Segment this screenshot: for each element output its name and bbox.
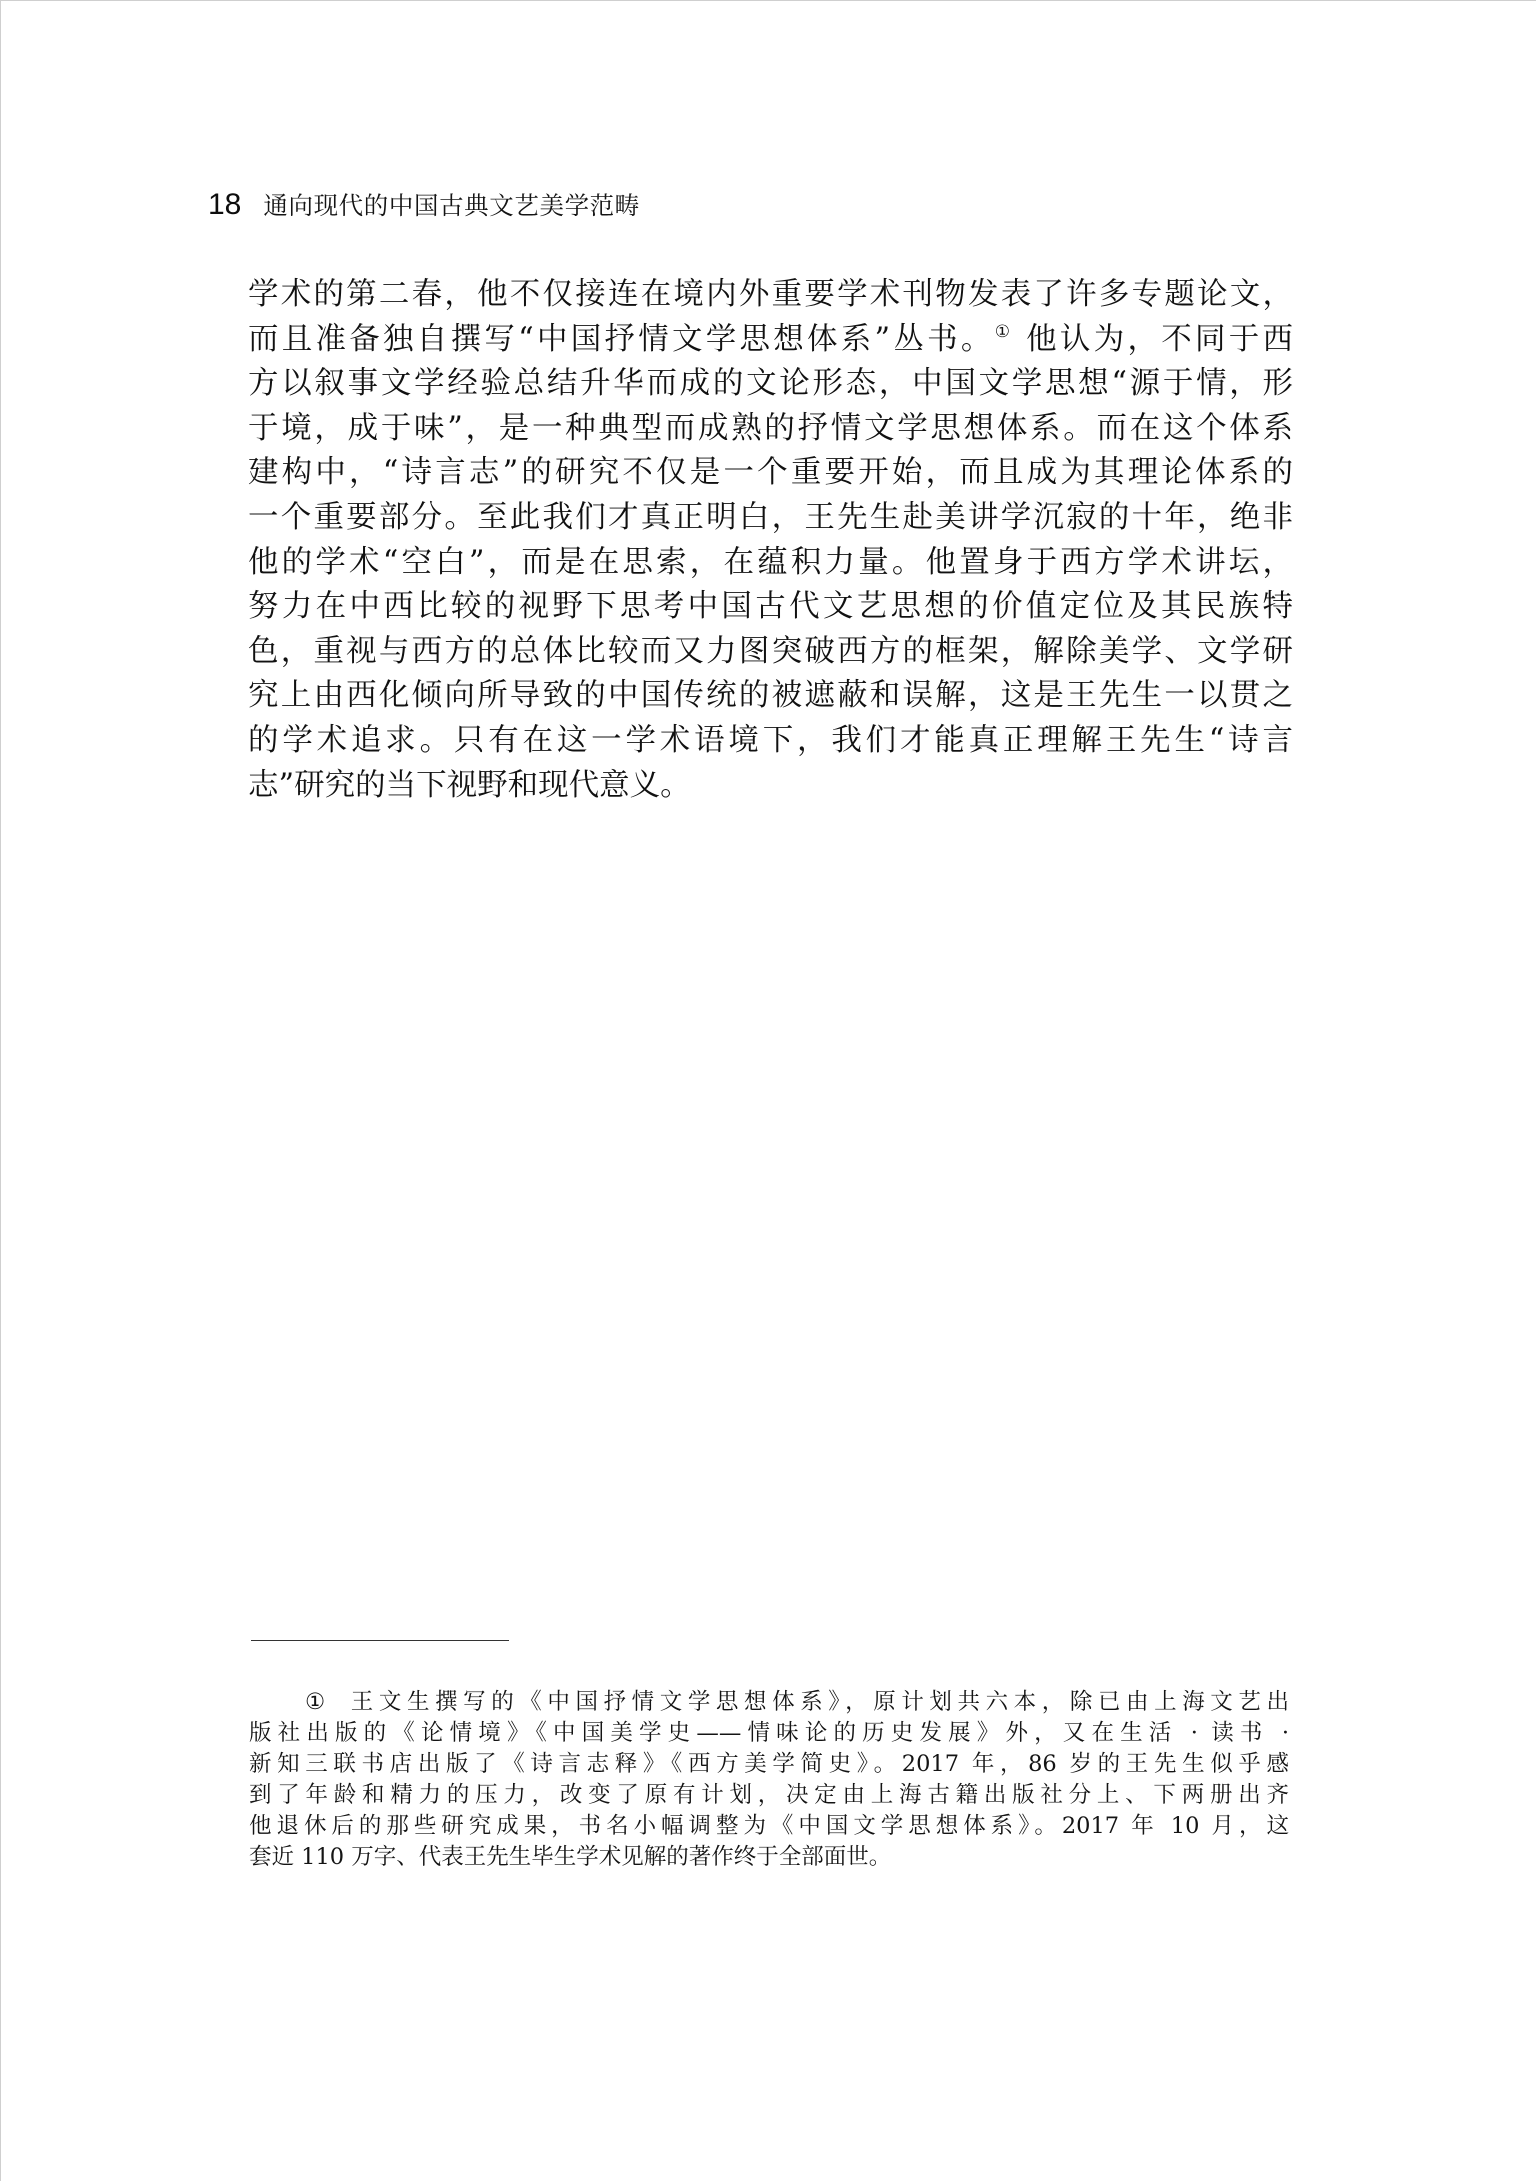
body-line: 方以叙事文学经验总结升华而成的文论形态，中国文学思想“源于情，形 bbox=[248, 362, 1293, 407]
body-line: 于境，成于味”，是一种典型而成熟的抒情文学思想体系。而在这个体系 bbox=[248, 407, 1293, 452]
body-line-text: 他认为，不同于西 bbox=[1013, 322, 1293, 357]
body-line: 他的学术“空白”，而是在思索，在蕴积力量。他置身于西方学术讲坛， bbox=[248, 541, 1293, 586]
body-paragraph: 学术的第二春，他不仅接连在境内外重要学术刊物发表了许多专题论文， 而且准备独自撰… bbox=[248, 273, 1293, 808]
body-line-with-footnote-ref: 而且准备独自撰写“中国抒情文学思想体系”丛书。① 他认为，不同于西 bbox=[248, 318, 1293, 363]
page-number: 18 bbox=[208, 188, 241, 222]
footnote-line: 到了年龄和精力的压力，改变了原有计划，决定由上海古籍出版社分上、下两册出齐 bbox=[249, 1780, 1289, 1811]
footnote-line: 新知三联书店出版了《诗言志释》《西方美学简史》。2017 年，86 岁的王先生似… bbox=[249, 1749, 1289, 1780]
body-line: 的学术追求。只有在这一学术语境下，我们才能真正理解王先生“诗言 bbox=[248, 719, 1293, 764]
footnote-marker: ① bbox=[305, 1687, 325, 1718]
footnote-line: 版社出版的《论情境》《中国美学史——情味论的历史发展》外，又在生活 · 读书 · bbox=[249, 1718, 1289, 1749]
body-line: 一个重要部分。至此我们才真正明白，王先生赴美讲学沉寂的十年，绝非 bbox=[248, 496, 1293, 541]
book-title: 通向现代的中国古典文艺美学范畴 bbox=[263, 187, 640, 222]
footnote-line: ①王文生撰写的《中国抒情文学思想体系》，原计划共六本，除已由上海文艺出 bbox=[249, 1687, 1289, 1718]
footnote-line: 套近 110 万字、代表王先生毕生学术见解的著作终于全部面世。 bbox=[249, 1842, 1289, 1873]
footnote-1: ①王文生撰写的《中国抒情文学思想体系》，原计划共六本，除已由上海文艺出 版社出版… bbox=[249, 1687, 1289, 1873]
footnote-separator bbox=[251, 1640, 509, 1641]
body-line-text: 而且准备独自撰写“中国抒情文学思想体系”丛书。 bbox=[248, 322, 995, 357]
footnote-reference-1[interactable]: ① bbox=[995, 322, 1014, 342]
footnote-line: 他退休后的那些研究成果，书名小幅调整为《中国文学思想体系》。2017 年 10 … bbox=[249, 1811, 1289, 1842]
body-line: 努力在中西比较的视野下思考中国古代文艺思想的价值定位及其民族特 bbox=[248, 585, 1293, 630]
body-line: 志”研究的当下视野和现代意义。 bbox=[248, 764, 1293, 809]
body-line: 色，重视与西方的总体比较而又力图突破西方的框架，解除美学、文学研 bbox=[248, 630, 1293, 675]
footnote-text: 王文生撰写的《中国抒情文学思想体系》，原计划共六本，除已由上海文艺出 bbox=[345, 1689, 1289, 1715]
body-line: 学术的第二春，他不仅接连在境内外重要学术刊物发表了许多专题论文， bbox=[248, 273, 1293, 318]
body-line: 建构中，“诗言志”的研究不仅是一个重要开始，而且成为其理论体系的 bbox=[248, 451, 1293, 496]
running-head: 18 通向现代的中国古典文艺美学范畴 bbox=[208, 187, 640, 227]
body-line: 究上由西化倾向所导致的中国传统的被遮蔽和误解，这是王先生一以贯之 bbox=[248, 674, 1293, 719]
